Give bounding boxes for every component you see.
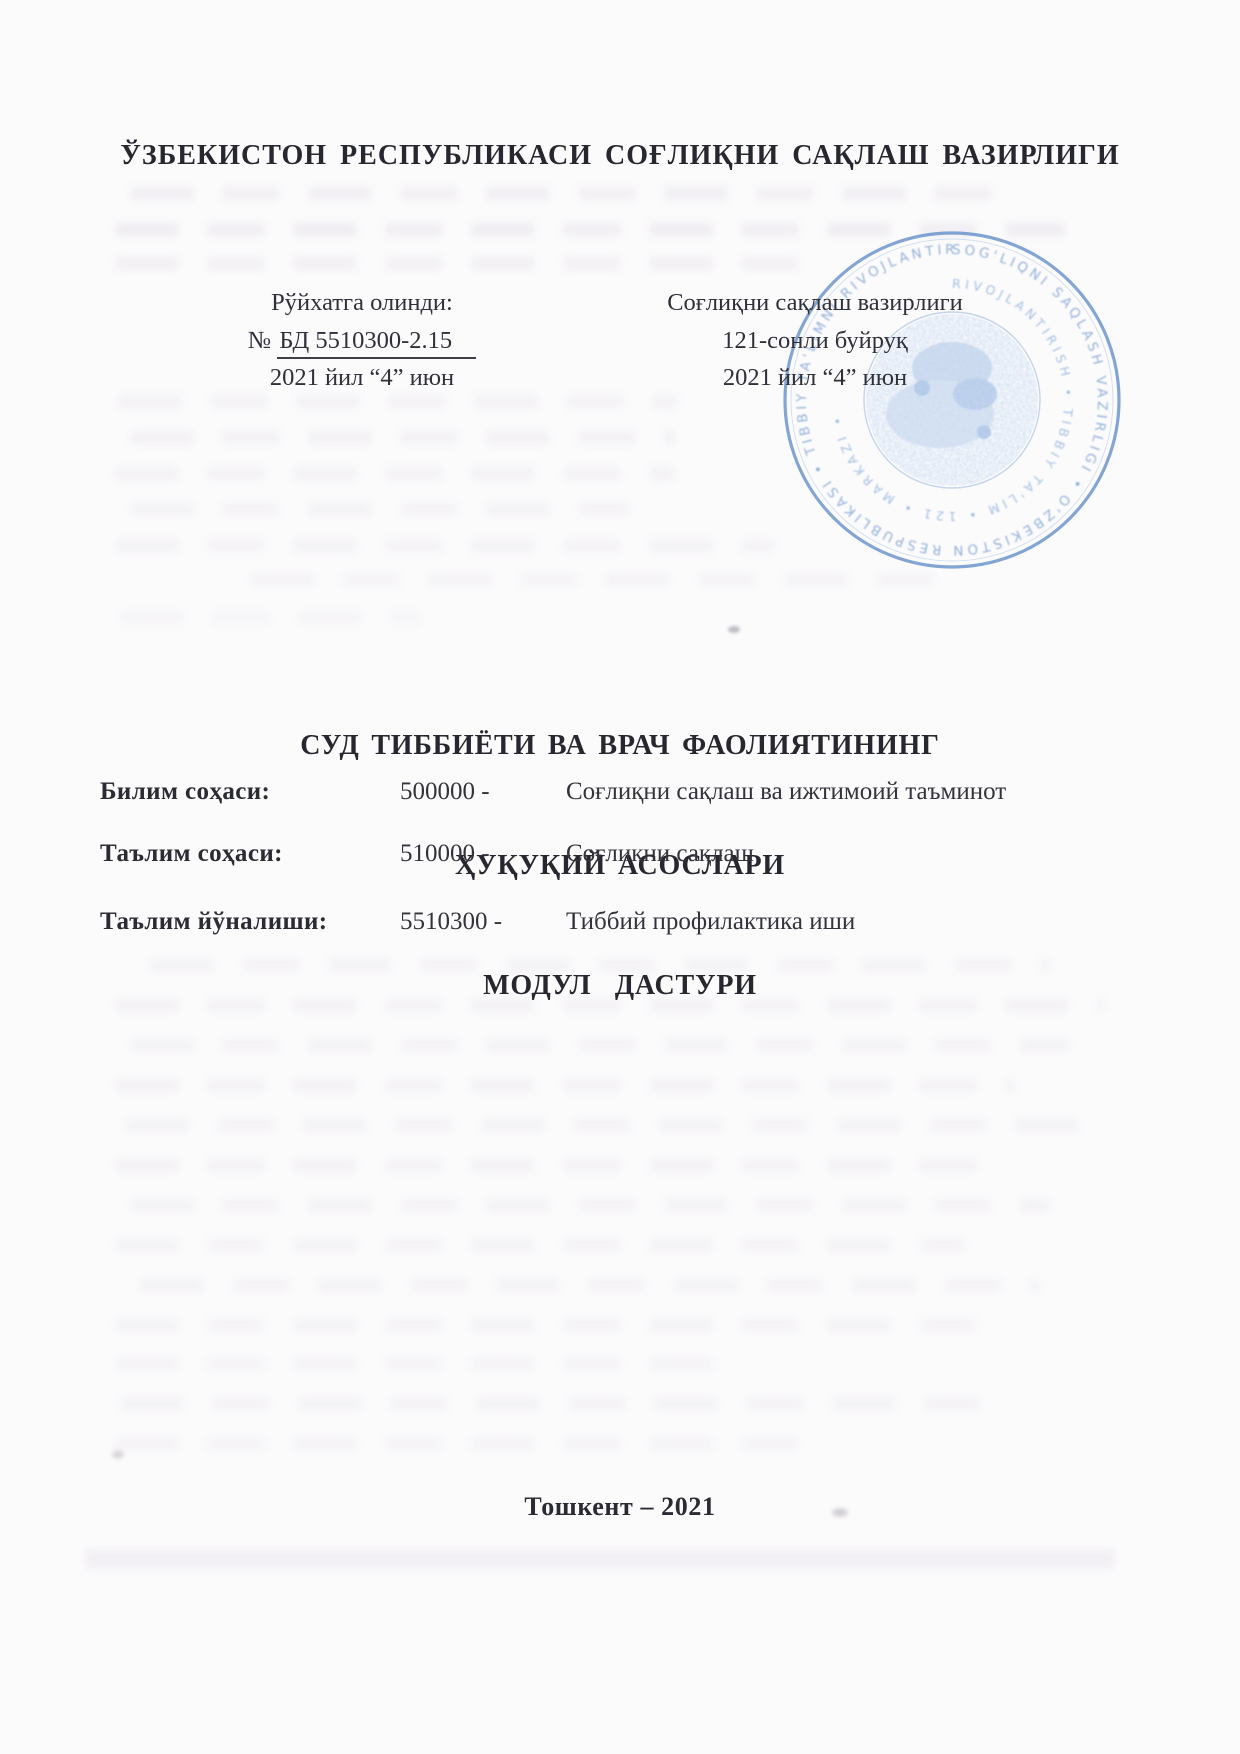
ministry-seal-stamp: SOG'LIQNI SAQLASH VAZIRLIGI • O'ZBEKISTO… (770, 218, 1134, 582)
bleed-through-line (130, 186, 1010, 201)
order-block: Соғлиқни сақлаш вазирлиги 121-сонли буйр… (613, 284, 1017, 397)
field-value: Соғлиқни сақлаш ва ижтимоий таъминот (566, 778, 1006, 806)
bleed-through-line (130, 430, 675, 445)
scan-artifact (728, 626, 740, 633)
scanned-document-page: SOG'LIQNI SAQLASH VAZIRLIGI • O'ZBEKISTO… (0, 0, 1240, 1754)
registration-number-line: № БД 5510300-2.15 (160, 322, 564, 360)
field-code: 510000 - (400, 840, 490, 868)
bleed-through-line (130, 1198, 1050, 1213)
bleed-through-line (120, 1396, 980, 1411)
bleed-through-line (115, 538, 775, 553)
city-year: Тошкент – 2021 (0, 1492, 1240, 1522)
order-number: 121-сонли буйруқ (613, 322, 1017, 360)
registration-number: БД 5510300-2.15 (277, 325, 476, 359)
registration-block: Рўйхатга олинди: № БД 5510300-2.15 2021 … (160, 284, 564, 397)
registration-number-prefix: № (248, 327, 278, 354)
bleed-through-line (115, 466, 675, 481)
field-value: Тиббий профилактика иши (566, 908, 855, 936)
document-title-line3: МОДУЛ ДАСТУРИ (0, 966, 1240, 1006)
bleed-through-line (115, 1158, 995, 1173)
registration-date: 2021 йил “4” июн (160, 359, 564, 397)
bleed-through-line (115, 1238, 965, 1253)
field-code: 500000 - (400, 778, 490, 806)
bleed-through-line (140, 1278, 1040, 1293)
bleed-through-line (115, 1436, 815, 1451)
bleed-through-line (130, 502, 630, 517)
registration-label: Рўйхатга олинди: (160, 284, 564, 322)
field-label: Билим соҳаси: (100, 778, 270, 806)
bleed-through-line (120, 610, 420, 625)
bleed-through-line (125, 1118, 1085, 1133)
order-date: 2021 йил “4” июн (613, 359, 1017, 397)
field-label: Таълим соҳаси: (100, 840, 283, 868)
field-value: Соғлиқни сақлаш (566, 840, 754, 868)
bleed-through-band (85, 1548, 1115, 1570)
field-code: 5510300 - (400, 908, 502, 936)
order-ministry: Соғлиқни сақлаш вазирлиги (613, 284, 1017, 322)
bleed-through-line (115, 1356, 715, 1371)
ministry-header: ЎЗБЕКИСТОН РЕСПУБЛИКАСИ СОҒЛИҚНИ САҚЛАШ … (0, 140, 1240, 172)
bleed-through-line (115, 256, 805, 271)
field-label: Таълим йўналиши: (100, 908, 328, 936)
bleed-through-line (115, 1318, 985, 1333)
scan-artifact (112, 1450, 124, 1459)
document-title-line1: СУД ТИББИЁТИ ВА ВРАЧ ФАОЛИЯТИНИНГ (0, 726, 1240, 766)
